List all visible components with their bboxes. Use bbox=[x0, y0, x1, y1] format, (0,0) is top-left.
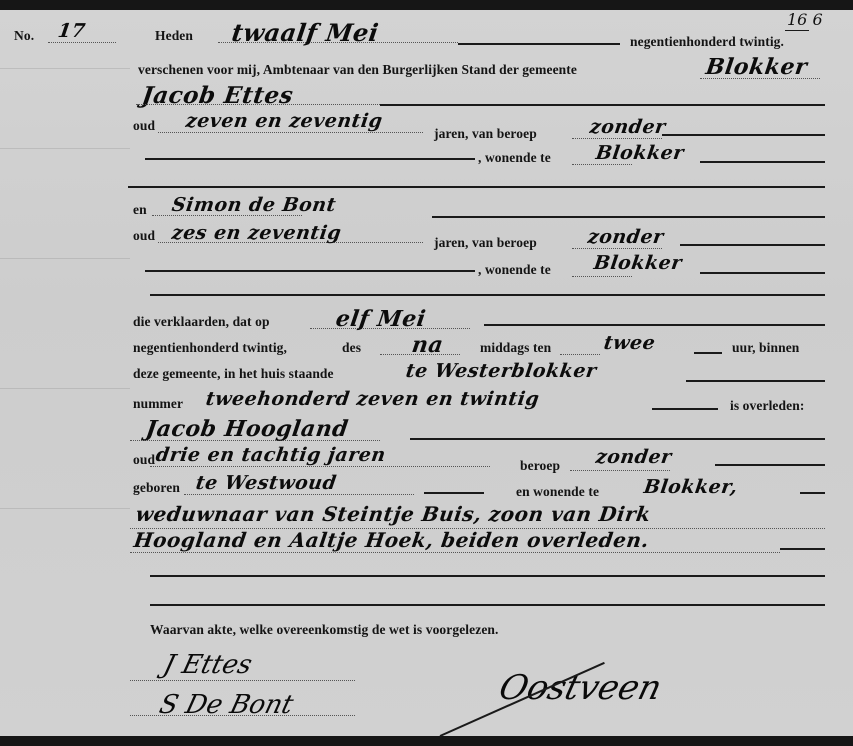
margin-rule bbox=[0, 388, 130, 389]
deceased-age: drie en tachtig jaren bbox=[154, 444, 387, 466]
margin-rule bbox=[0, 148, 130, 149]
fill-line bbox=[700, 272, 825, 274]
age-dots bbox=[150, 466, 490, 467]
fill-line bbox=[662, 134, 825, 136]
des-label: des bbox=[342, 340, 361, 356]
en-wonende-label: en wonende te bbox=[516, 484, 599, 500]
year-des-text: negentienhonderd twintig, bbox=[133, 340, 287, 356]
gemeente-dots bbox=[700, 78, 820, 79]
occupation-dots bbox=[572, 248, 662, 249]
oud-label: oud bbox=[133, 228, 155, 244]
deceased-name: Jacob Hoogland bbox=[144, 416, 350, 442]
heden-label: Heden bbox=[155, 28, 193, 44]
fill-line bbox=[145, 270, 475, 272]
geboren-label: geboren bbox=[133, 480, 180, 496]
fill-line bbox=[700, 161, 825, 163]
fill-line bbox=[150, 294, 825, 296]
margin-note: 16 6 bbox=[787, 10, 823, 29]
fill-line bbox=[432, 216, 825, 218]
nummer-label: nummer bbox=[133, 396, 183, 412]
fill-line bbox=[128, 186, 825, 188]
witness2-name: Simon de Bont bbox=[170, 194, 337, 216]
fill-line bbox=[652, 408, 718, 410]
fill-line bbox=[458, 43, 620, 45]
fill-line bbox=[380, 104, 825, 106]
fill-line bbox=[484, 324, 825, 326]
fill-line bbox=[150, 575, 825, 577]
signature-witness2: S De Bont bbox=[156, 690, 296, 720]
relations-line2: Hoogland en Aaltje Hoek, beiden overlede… bbox=[132, 528, 650, 552]
relations-line1: weduwnaar van Steintje Buis, zoon van Di… bbox=[134, 502, 652, 526]
uur-binnen-label: uur, binnen bbox=[732, 340, 799, 356]
verschenen-text: verschenen voor mij, Ambtenaar van den B… bbox=[138, 62, 577, 78]
fill-line bbox=[150, 604, 825, 606]
hour-value: twee bbox=[602, 332, 656, 354]
house-number: tweehonderd zeven en twintig bbox=[204, 388, 540, 410]
deceased-occupation: zonder bbox=[594, 446, 673, 468]
fill-line bbox=[145, 158, 475, 160]
fill-line bbox=[715, 464, 825, 466]
year-text: negentienhonderd twintig. bbox=[630, 34, 784, 50]
residence-dots bbox=[572, 164, 632, 165]
middags-ten-label: middags ten bbox=[480, 340, 551, 356]
age-dots bbox=[158, 132, 423, 133]
fill-line bbox=[424, 492, 484, 494]
beroep-label: beroep bbox=[520, 458, 560, 474]
scan-border-top bbox=[0, 0, 853, 10]
fill-line bbox=[686, 380, 825, 382]
occupation-dots bbox=[570, 470, 670, 471]
margin-rule bbox=[0, 68, 130, 69]
certificate-number: 17 bbox=[56, 20, 87, 42]
jaren-beroep-label: jaren, van beroep bbox=[434, 126, 537, 142]
witness1-residence: Blokker bbox=[594, 142, 685, 164]
deze-gemeente-label: deze gemeente, in het huis staande bbox=[133, 366, 334, 382]
fill-line bbox=[800, 492, 825, 494]
location-value: te Westerblokker bbox=[404, 360, 598, 382]
fill-line bbox=[694, 352, 722, 354]
voor-na-value: na bbox=[410, 332, 445, 358]
margin-rule bbox=[0, 258, 130, 259]
fill-line bbox=[780, 548, 825, 550]
verklaarden-label: die verklaarden, dat op bbox=[133, 314, 270, 330]
jaren-beroep-label: jaren, van beroep bbox=[434, 235, 537, 251]
birthplace-dots bbox=[184, 494, 414, 495]
witness1-age: zeven en zeventig bbox=[184, 110, 384, 132]
signature-witness1: J Ettes bbox=[160, 650, 255, 680]
en-label: en bbox=[133, 202, 147, 218]
birthplace: te Westwoud bbox=[194, 472, 338, 494]
deceased-residence: Blokker, bbox=[642, 476, 739, 498]
occupation-dots bbox=[572, 138, 662, 139]
death-date: elf Mei bbox=[334, 306, 427, 332]
number-label: No. bbox=[14, 28, 34, 44]
fill-line bbox=[680, 244, 825, 246]
hour-dots bbox=[560, 354, 600, 355]
wonende-label: , wonende te bbox=[478, 150, 551, 166]
witness2-occupation: zonder bbox=[586, 226, 665, 248]
scan-border-bottom bbox=[0, 736, 853, 746]
relations-dots bbox=[130, 552, 780, 553]
residence-dots bbox=[572, 276, 632, 277]
signature-dots bbox=[130, 680, 355, 681]
heden-value: twaalf Mei bbox=[230, 18, 381, 47]
oud-label: oud bbox=[133, 118, 155, 134]
is-overleden-label: is overleden: bbox=[730, 398, 804, 414]
number-dots bbox=[48, 42, 116, 43]
fill-line bbox=[410, 438, 825, 440]
closing-text: Waarvan akte, welke overeenkomstig de we… bbox=[150, 622, 499, 638]
witness2-age: zes en zeventig bbox=[170, 222, 342, 244]
gemeente-value: Blokker bbox=[704, 54, 809, 80]
margin-note-underline bbox=[785, 30, 809, 31]
wonende-label: , wonende te bbox=[478, 262, 551, 278]
witness1-occupation: zonder bbox=[588, 116, 667, 138]
witness1-dots bbox=[136, 104, 380, 105]
margin-rule bbox=[0, 508, 130, 509]
witness2-residence: Blokker bbox=[592, 252, 683, 274]
